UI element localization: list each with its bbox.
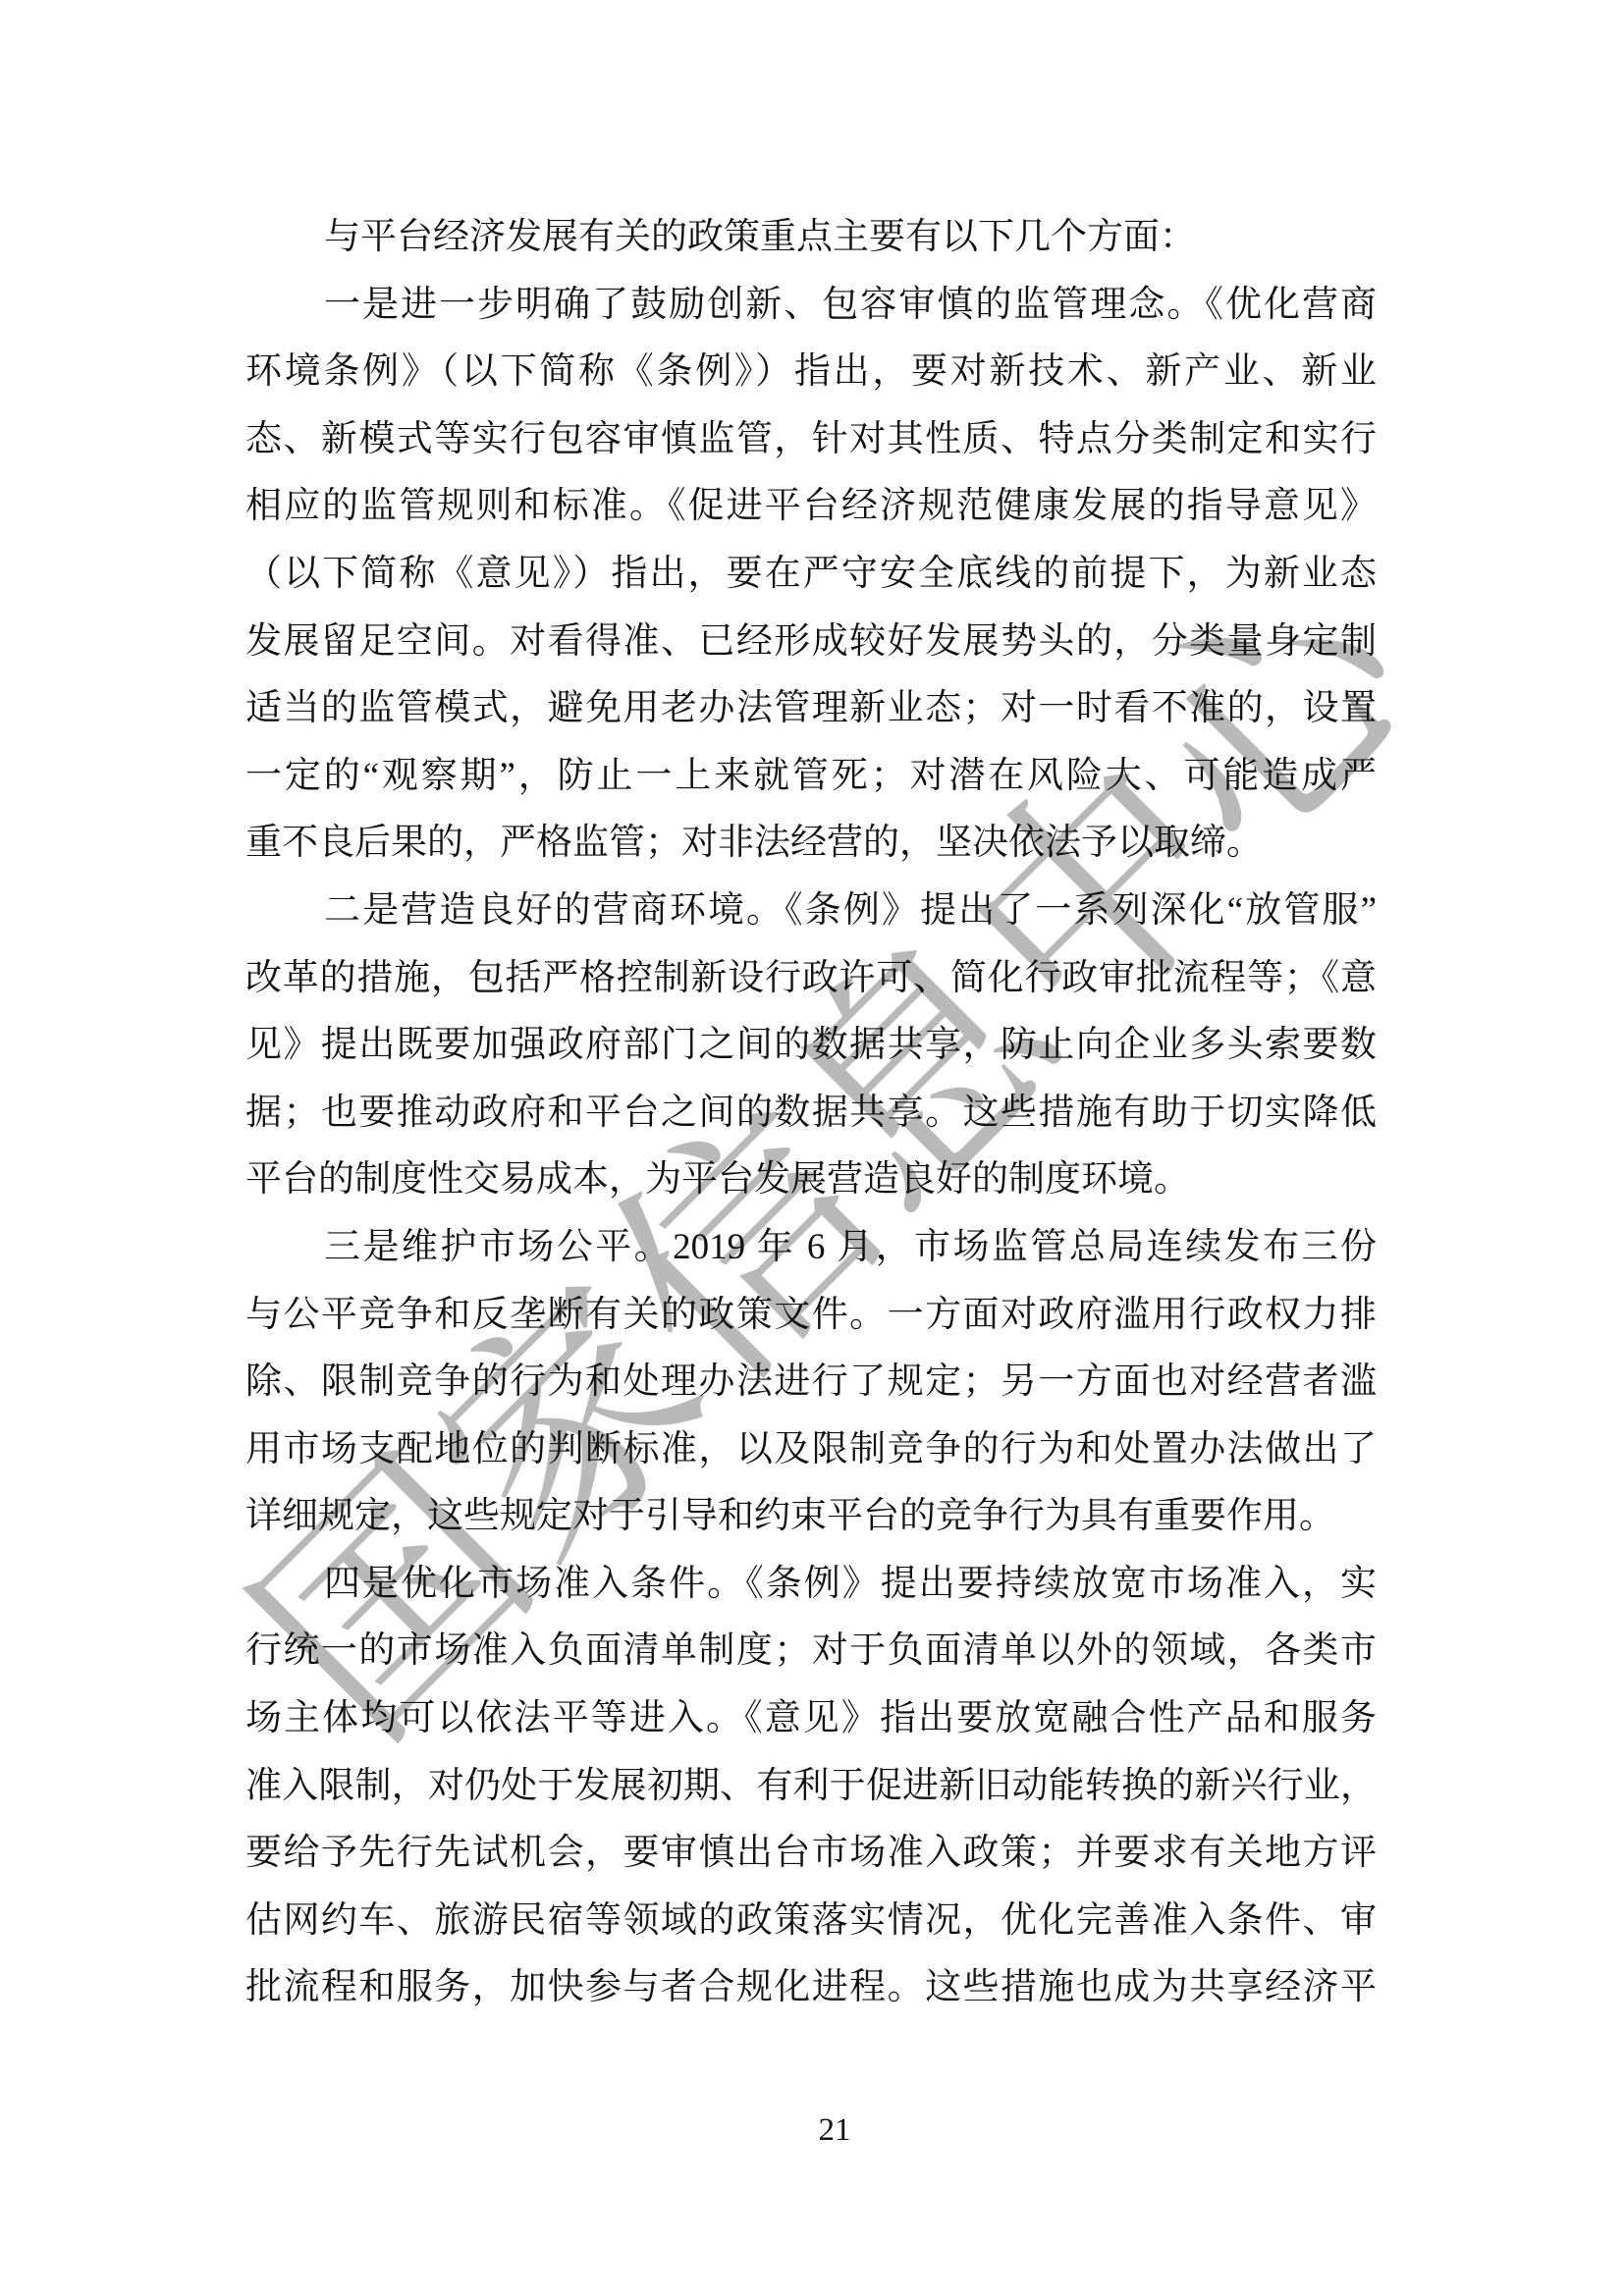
text-line: 详细规定，这些规定对于引导和约束平台的竞争行为具有重要作用。: [245, 1483, 1377, 1551]
text-line: 环境条例》（以下简称《条例》）指出，要对新技术、新产业、新业: [245, 339, 1377, 406]
text-line: 三是维护市场公平。2019 年 6 月，市场监管总局连续发布三份: [245, 1214, 1377, 1282]
text-line: 重不良后果的，严格监管；对非法经营的，坚决依法予以取缔。: [245, 810, 1377, 878]
text-line: 适当的监管模式，避免用老办法管理新业态；对一时看不准的，设置: [245, 675, 1377, 743]
text-line: 与公平竞争和反垄断有关的政策文件。一方面对政府滥用行政权力排: [245, 1282, 1377, 1350]
text-line: 用市场支配地位的判断标准，以及限制竞争的行为和处置办法做出了: [245, 1416, 1377, 1484]
text-line: 据；也要推动政府和平台之间的数据共享。这些措施有助于切实降低: [245, 1080, 1377, 1148]
text-line: 一是进一步明确了鼓励创新、包容审慎的监管理念。《优化营商: [245, 272, 1377, 340]
text-line: 平台的制度性交易成本，为平台发展营造良好的制度环境。: [245, 1147, 1377, 1214]
page-number: 21: [0, 2112, 1624, 2149]
text-line: 与平台经济发展有关的政策重点主要有以下几个方面：: [245, 204, 1377, 272]
text-line: 要给予先行先试机会，要审慎出台市场准入政策；并要求有关地方评: [245, 1820, 1377, 1888]
text-line: 准入限制，对仍处于发展初期、有利于促进新旧动能转换的新兴行业，: [245, 1753, 1377, 1821]
text-line: （以下简称《意见》）指出，要在严守安全底线的前提下，为新业态: [245, 541, 1377, 609]
text-line: 场主体均可以依法平等进入。《意见》指出要放宽融合性产品和服务: [245, 1685, 1377, 1753]
text-line: 二是营造良好的营商环境。《条例》提出了一系列深化“放管服”: [245, 878, 1377, 945]
text-line: 见》提出既要加强政府部门之间的数据共享，防止向企业多头索要数: [245, 1012, 1377, 1080]
text-line: 批流程和服务，加快参与者合规化进程。这些措施也成为共享经济平: [245, 1954, 1377, 2022]
text-line: 四是优化市场准入条件。《条例》提出要持续放宽市场准入，实: [245, 1551, 1377, 1619]
text-line: 发展留足空间。对看得准、已经形成较好发展势头的，分类量身定制: [245, 609, 1377, 676]
text-line: 相应的监管规则和标准。《促进平台经济规范健康发展的指导意见》: [245, 473, 1377, 541]
text-line: 一定的“观察期”，防止一上来就管死；对潜在风险大、可能造成严: [245, 743, 1377, 811]
text-line: 改革的措施，包括严格控制新设行政许可、简化行政审批流程等；《意: [245, 945, 1377, 1013]
text-line: 除、限制竞争的行为和处理办法进行了规定；另一方面也对经营者滥: [245, 1349, 1377, 1416]
text-line: 估网约车、旅游民宿等领域的政策落实情况，优化完善准入条件、审: [245, 1888, 1377, 1955]
document-body: 与平台经济发展有关的政策重点主要有以下几个方面： 一是进一步明确了鼓励创新、包容…: [245, 204, 1377, 2022]
text-line: 态、新模式等实行包容审慎监管，针对其性质、特点分类制定和实行: [245, 406, 1377, 474]
document-page: 国家信息中心 与平台经济发展有关的政策重点主要有以下几个方面： 一是进一步明确了…: [0, 0, 1624, 2296]
text-line: 行统一的市场准入负面清单制度；对于负面清单以外的领域，各类市: [245, 1618, 1377, 1685]
